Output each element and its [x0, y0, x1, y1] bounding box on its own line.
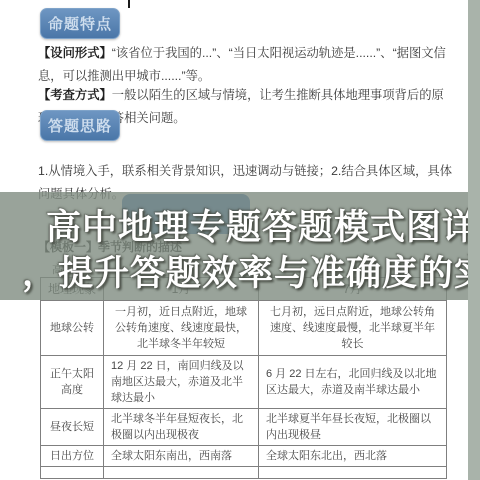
section-button-label: 命题特点 — [48, 13, 112, 34]
row-january-cell: 北半球冬半年昼短夜长，北极圈以内出现极夜 — [104, 409, 259, 446]
section-button-question-features[interactable]: 命题特点 — [40, 8, 120, 39]
row-label: 地球公转 — [41, 301, 104, 356]
empty-cell — [41, 467, 104, 479]
row-january-cell: 一月初，近日点附近，地球公转角速度、线速度最快，北半球冬半年较短 — [104, 301, 259, 356]
row-label: 日出方位 — [41, 446, 104, 467]
table-row-clipped — [41, 467, 447, 479]
table-row: 昼夜长短 北半球冬半年昼短夜长，北极圈以内出现极夜 北半球夏半年昼长夜短，北极圈… — [41, 409, 447, 446]
row-january-cell: 12 月 22 日，南回归线及以南地区达最大，赤道及北半球达最小 — [104, 356, 259, 409]
table-row: 地球公转 一月初，近日点附近，地球公转角速度、线速度最快，北半球冬半年较短 七月… — [41, 301, 447, 356]
table-row: 日出方位 全球太阳东南出，西南落 全球太阳东北出，西北落 — [41, 446, 447, 467]
table-row: 正午太阳高度 12 月 22 日，南回归线及以南地区达最大，赤道及北半球达最小 … — [41, 356, 447, 409]
page-edge-strip — [468, 0, 480, 480]
row-july-cell: 北半球夏半年昼长夜短，北极圈以内出现极昼 — [259, 409, 447, 446]
caption-banner-overlay: 高中地理专题答题模式图详解 ，提升答题效率与准确度的实 — [0, 192, 480, 300]
banner-title-line2: ，提升答题效率与准确度的实 — [22, 246, 480, 296]
row-january-cell: 全球太阳东南出，西南落 — [104, 446, 259, 467]
empty-cell — [259, 467, 447, 479]
document-page: { "theme": { "accent_blue": "#4f81bd", "… — [0, 0, 480, 480]
row-july-cell: 七月初，远日点附近，地球公转角速度、线速度最慢，北半球夏半年较长 — [259, 301, 447, 356]
empty-cell — [104, 467, 259, 479]
cutoff-text-mark — [128, 0, 130, 8]
banner-title-line1: 高中地理专题答题模式图详解 — [46, 200, 480, 250]
row-label: 昼夜长短 — [41, 409, 104, 446]
section-button-label: 答题思路 — [48, 115, 112, 136]
row-july-cell: 6 月 22 日左右，北回归线及以北地区达最大，赤道及南半球达最小 — [259, 356, 447, 409]
season-judgment-table: 地理现象 1月 7月 地球公转 一月初，近日点附近，地球公转角速度、线速度最快，… — [40, 277, 447, 479]
section-button-answer-approach[interactable]: 答题思路 — [40, 110, 120, 141]
paragraph-label: 【设问形式】 — [38, 46, 112, 60]
row-july-cell: 全球太阳东北出，西北落 — [259, 446, 447, 467]
paragraph-question-form: 【设问形式】“该省位于我国的...”、“当日太阳视运动轨迹是......”、“据… — [38, 42, 458, 88]
row-label: 正午太阳高度 — [41, 356, 104, 409]
paragraph-label: 【考查方式】 — [38, 88, 112, 102]
